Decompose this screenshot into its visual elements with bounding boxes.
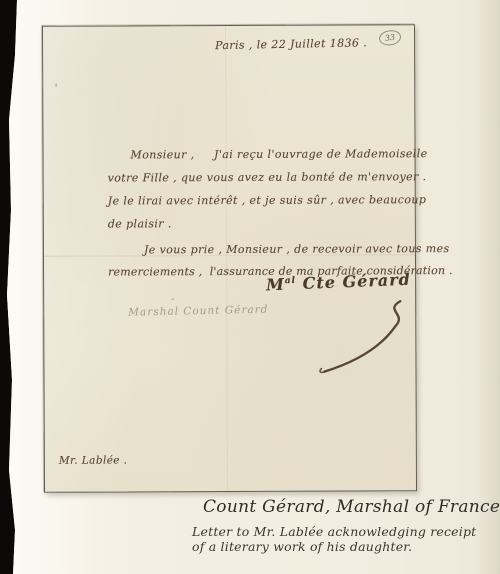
signature-superscript: al — [285, 276, 297, 286]
addressee-line: Mr. Lablée . — [59, 454, 128, 466]
letter-dateline: Paris , le 22 Juillet 1836 . — [215, 36, 367, 52]
letter-body-line: Je vous prie , Monsieur , de recevoir av… — [144, 242, 450, 256]
paper-speck — [55, 84, 57, 87]
signature-rest: Cte Gérard — [296, 270, 411, 293]
album-page: Paris , le 22 Juillet 1836 . 33 Monsieur… — [0, 0, 500, 574]
letter-body-line: votre Fille , que vous avez eu la bonté … — [108, 170, 427, 184]
letter-body-line: de plaisir . — [108, 217, 172, 230]
paper-speck — [171, 298, 174, 300]
letter-body-line: Monsieur , J'ai reçu l'ouvrage de Mademo… — [131, 147, 428, 161]
pencil-annotation: Marshal Count Gérard — [128, 304, 268, 319]
letter-body-line: Je le lirai avec intérêt , et je suis sû… — [108, 193, 427, 207]
caption-description-line: of a literary work of his daughter. — [192, 539, 412, 554]
page-number-badge: 33 — [378, 29, 402, 47]
signature-initial: M — [266, 275, 285, 295]
caption-description-line: Letter to Mr. Lablée acknowledging recei… — [192, 524, 476, 539]
mounted-letter: Paris , le 22 Juillet 1836 . 33 Monsieur… — [42, 24, 417, 493]
signature-flourish — [312, 297, 412, 377]
caption-title: Count Gérard, Marshal of France. — [203, 497, 500, 517]
page-number: 33 — [384, 33, 395, 43]
